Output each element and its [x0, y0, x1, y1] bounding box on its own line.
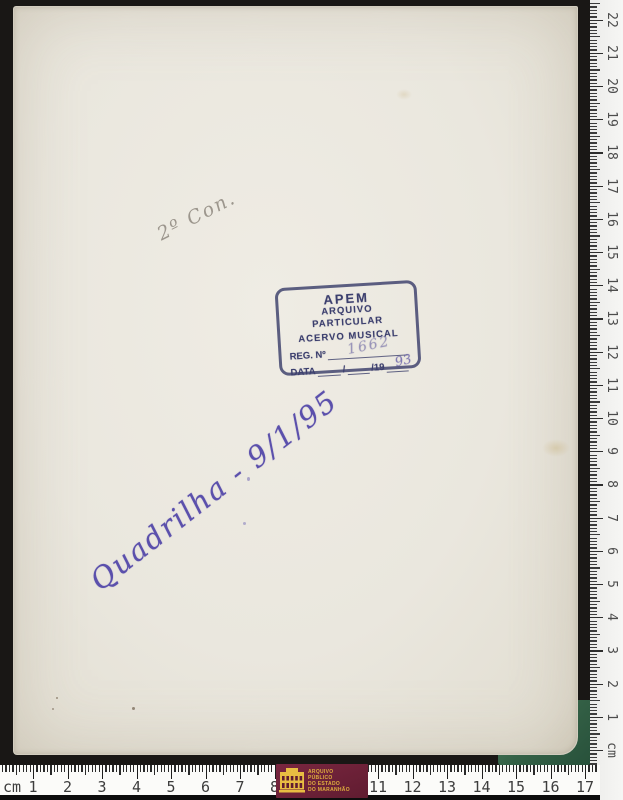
- ruler-tick: [590, 378, 597, 379]
- ruler-tick: [590, 206, 597, 207]
- archive-stamp: APEM ARQUIVO PARTICULAR ACERVO MUSICAL R…: [274, 280, 421, 377]
- ruler-tick: [590, 388, 597, 389]
- ruler-tick: [485, 765, 486, 772]
- ruler-tick: [590, 156, 597, 157]
- ruler-tick: [590, 441, 597, 442]
- ruler-tick: [223, 765, 224, 775]
- ruler-tick: [243, 765, 244, 772]
- ruler-tick: [590, 395, 597, 396]
- ruler-tick: [590, 73, 597, 74]
- ruler-tick: [123, 765, 124, 772]
- ruler-tick: [590, 196, 597, 197]
- ruler-tick: [544, 765, 545, 772]
- ruler-tick: [590, 614, 597, 615]
- ruler-tick: [192, 765, 193, 772]
- ruler-tick: [561, 765, 562, 772]
- ruler-tick: [590, 312, 597, 313]
- ruler-tick: [590, 99, 597, 100]
- ruler-tick: [388, 765, 389, 772]
- ruler-tick: [495, 765, 496, 772]
- ruler-tick: [590, 478, 597, 479]
- ruler-tick: [590, 743, 597, 744]
- ruler-tick: [590, 259, 597, 260]
- ruler-tick: [590, 524, 597, 525]
- ruler-tick: [99, 765, 100, 772]
- ruler-tick: [590, 212, 597, 213]
- ruler-tick: [590, 36, 600, 37]
- ruler-label: 13: [600, 307, 623, 329]
- ruler-tick: [590, 83, 597, 84]
- ruler-tick: [150, 765, 151, 772]
- ruler-tick: [475, 765, 476, 772]
- ruler-tick: [419, 765, 420, 772]
- ruler-tick: [147, 765, 148, 772]
- ruler-tick: [590, 199, 597, 200]
- ruler-tick: [590, 43, 597, 44]
- scanned-archive-photo: 2º Con. APEM ARQUIVO PARTICULAR ACERVO M…: [0, 0, 623, 800]
- ruler-tick: [590, 136, 600, 137]
- ruler-label: 4: [123, 778, 151, 796]
- ruler-tick: [68, 765, 69, 779]
- ruler-tick: [57, 765, 58, 772]
- ruler-tick: [590, 667, 600, 668]
- ruler-tick: [582, 765, 583, 772]
- ruler-tick: [590, 604, 597, 605]
- ruler-tick: [216, 765, 217, 772]
- ruler-label: 8: [600, 473, 623, 495]
- stain: [132, 707, 135, 710]
- ruler-tick: [590, 531, 597, 532]
- ruler-tick: [590, 179, 597, 180]
- ruler-tick: [447, 765, 448, 779]
- ruler-label: 10: [600, 407, 623, 429]
- ruler-tick: [161, 765, 162, 772]
- ruler-tick: [157, 765, 158, 772]
- ruler-tick: [590, 282, 597, 283]
- ruler-tick: [202, 765, 203, 772]
- ruler-tick: [71, 765, 72, 772]
- ruler-tick: [590, 431, 597, 432]
- ruler-tick: [590, 607, 597, 608]
- ruler-tick: [590, 358, 597, 359]
- ruler-tick: [590, 644, 597, 645]
- ruler-label: 7: [226, 778, 254, 796]
- ruler-tick: [590, 26, 597, 27]
- ruler-tick: [590, 541, 597, 542]
- ruler-tick: [33, 765, 34, 779]
- ruler-tick: [590, 621, 597, 622]
- ruler-label: 4: [600, 606, 623, 628]
- ruler-tick: [590, 428, 597, 429]
- stamp-date-handwritten-value: 93: [395, 354, 414, 369]
- ruler-tick: [590, 166, 597, 167]
- ruler-tick: [268, 765, 269, 772]
- ruler-tick: [590, 365, 597, 366]
- ruler-tick: [102, 765, 103, 779]
- ruler-label: 9: [600, 440, 623, 462]
- ruler-tick: [590, 448, 597, 449]
- ruler-label: 14: [468, 778, 496, 796]
- ruler-tick: [399, 765, 400, 772]
- ruler-tick: [590, 262, 597, 263]
- ruler-tick: [590, 733, 600, 734]
- ruler-tick: [590, 674, 597, 675]
- ruler-tick: [590, 445, 597, 446]
- ruler-tick: [590, 730, 597, 731]
- ruler-tick: [590, 571, 597, 572]
- ruler-tick: [513, 765, 514, 772]
- ruler-tick: [130, 765, 131, 772]
- ruler-tick: [492, 765, 493, 772]
- ruler-tick: [590, 322, 597, 323]
- ruler-tick: [590, 574, 597, 575]
- ruler-tick: [590, 159, 597, 160]
- ruler-tick: [206, 765, 207, 779]
- ruler-tick: [395, 765, 396, 775]
- ruler-tick: [540, 765, 541, 772]
- ruler-tick: [590, 647, 597, 648]
- ruler-tick: [392, 765, 393, 772]
- ruler-tick: [590, 597, 597, 598]
- ruler-tick: [590, 611, 597, 612]
- ruler-label: 2: [54, 778, 82, 796]
- ruler-label: 5: [600, 573, 623, 595]
- ruler-tick: [413, 765, 414, 779]
- archive-logo: ARQUIVO PÚBLICO DO ESTADO DO MARANHÃO: [276, 764, 368, 798]
- ruler-tick: [409, 765, 410, 772]
- ruler-tick: [590, 6, 597, 7]
- ruler-tick: [590, 123, 597, 124]
- ruler-label: 13: [433, 778, 461, 796]
- ruler-tick: [590, 425, 597, 426]
- stamp-reg-label: REG. Nº: [289, 349, 326, 362]
- ruler-tick: [590, 255, 597, 256]
- ruler-label: 12: [600, 341, 623, 363]
- ruler-tick: [590, 720, 597, 721]
- ruler-tick: [112, 765, 113, 772]
- ruler-label: 3: [600, 639, 623, 661]
- ruler-tick: [478, 765, 479, 772]
- ruler-label: 6: [192, 778, 220, 796]
- ruler-tick: [590, 740, 597, 741]
- archive-logo-text: ARQUIVO PÚBLICO DO ESTADO DO MARANHÃO: [308, 769, 350, 793]
- ruler-tick: [254, 765, 255, 772]
- ruler-tick: [590, 468, 600, 469]
- ruler-tick: [590, 624, 597, 625]
- ruler-tick: [590, 375, 597, 376]
- ruler-tick: [590, 640, 597, 641]
- ruler-tick: [590, 76, 597, 77]
- ruler-tick: [590, 690, 597, 691]
- ruler-tick: [85, 765, 86, 775]
- ruler-tick: [571, 765, 572, 772]
- stamp-date-year-prefix: /19: [371, 362, 385, 374]
- ruler-tick: [199, 765, 200, 772]
- ruler-tick: [43, 765, 44, 772]
- ruler-tick: [140, 765, 141, 772]
- ruler-tick: [590, 700, 600, 701]
- ruler-label: cm: [600, 739, 623, 761]
- ruler-tick: [590, 113, 597, 114]
- ruler-tick: [590, 279, 597, 280]
- ruler-tick: [590, 411, 597, 412]
- ruler-label: 12: [399, 778, 427, 796]
- ruler-tick: [590, 561, 597, 562]
- ruler-tick: [590, 528, 597, 529]
- ruler-tick: [137, 765, 138, 779]
- ruler-tick: [590, 381, 597, 382]
- ruler-tick: [590, 96, 597, 97]
- ruler-label: 17: [571, 778, 599, 796]
- ruler-label: 11: [600, 374, 623, 396]
- ruler-tick: [590, 222, 597, 223]
- ruler-tick: [40, 765, 41, 772]
- ruler-tick: [590, 514, 597, 515]
- ruler-tick: [426, 765, 427, 772]
- ruler-tick: [457, 765, 458, 772]
- ruler-tick: [590, 172, 597, 173]
- document-page: 2º Con. APEM ARQUIVO PARTICULAR ACERVO M…: [13, 6, 578, 755]
- ruler-tick: [590, 232, 597, 233]
- ruler-tick: [590, 308, 597, 309]
- ruler-tick: [590, 630, 597, 631]
- ruler-tick: [590, 694, 597, 695]
- ruler-tick: [590, 627, 597, 628]
- ruler-tick: [64, 765, 65, 772]
- ruler-tick: [36, 765, 37, 772]
- ruler-tick: [590, 272, 597, 273]
- ruler-tick: [590, 16, 597, 17]
- ruler-tick: [595, 765, 596, 772]
- ruler-tick: [61, 765, 62, 772]
- ruler-tick: [592, 765, 593, 772]
- ruler-tick: [590, 707, 597, 708]
- ruler-tick: [590, 305, 597, 306]
- ruler-tick: [590, 438, 597, 439]
- ruler-tick: [590, 471, 597, 472]
- pencil-annotation: 2º Con.: [154, 187, 240, 245]
- ruler-tick: [468, 765, 469, 772]
- ruler-tick: [590, 139, 597, 140]
- ruler-tick: [450, 765, 451, 772]
- ruler-tick: [590, 760, 597, 761]
- ruler-tick: [590, 481, 597, 482]
- ruler-label: 15: [600, 241, 623, 263]
- ruler-tick: [143, 765, 144, 772]
- ruler-tick: [590, 348, 597, 349]
- ruler-tick: [50, 765, 51, 775]
- ruler-label: 15: [502, 778, 530, 796]
- ruler-tick: [181, 765, 182, 772]
- ruler-tick: [537, 765, 538, 772]
- ruler-tick: [430, 765, 431, 775]
- ruler-tick: [590, 209, 597, 210]
- ruler-tick: [590, 723, 597, 724]
- ruler-tick: [551, 765, 552, 779]
- ruler-label: 3: [88, 778, 116, 796]
- ruler-tick: [590, 176, 597, 177]
- ruler-tick: [530, 765, 531, 772]
- ruler-tick: [590, 106, 597, 107]
- ruler-tick: [590, 46, 597, 47]
- ruler-tick: [230, 765, 231, 772]
- ruler-tick: [590, 710, 597, 711]
- ruler-tick: [416, 765, 417, 772]
- stamp-date-blank-day: [317, 367, 341, 377]
- ruler-tick: [588, 765, 589, 772]
- ruler-tick: [557, 765, 558, 772]
- ruler-tick: [240, 765, 241, 779]
- ruler-tick: [590, 302, 600, 303]
- ruler-tick: [12, 765, 13, 772]
- ruler-tick: [590, 49, 597, 50]
- ruler-tick: [247, 765, 248, 772]
- ruler-tick: [590, 601, 600, 602]
- ruler-tick: [575, 765, 576, 772]
- ruler-tick: [590, 89, 597, 90]
- ruler-tick: [590, 132, 597, 133]
- ruler-tick: [554, 765, 555, 772]
- ruler-tick: [257, 765, 258, 775]
- ruler-tick: [454, 765, 455, 772]
- ruler-tick: [590, 680, 597, 681]
- ruler-tick: [437, 765, 438, 772]
- ruler-tick: [26, 765, 27, 772]
- ruler-tick: [174, 765, 175, 772]
- ruler-tick: [590, 202, 600, 203]
- ruler-label: 16: [600, 208, 623, 230]
- ruler-tick: [30, 765, 31, 772]
- ruler-tick: [590, 30, 597, 31]
- ruler-tick: [590, 564, 597, 565]
- ruler-tick: [590, 328, 597, 329]
- ruler-tick: [509, 765, 510, 772]
- ruler-tick: [590, 239, 597, 240]
- ruler-tick: [590, 677, 597, 678]
- ruler-tick: [212, 765, 213, 772]
- ruler-tick: [105, 765, 106, 772]
- ruler-tick: [78, 765, 79, 772]
- ruler-tick: [378, 765, 379, 779]
- ruler-tick: [590, 660, 597, 661]
- ruler-tick: [590, 275, 597, 276]
- ruler-tick: [423, 765, 424, 772]
- ruler-tick: [590, 93, 597, 94]
- ruler-tick: [590, 298, 597, 299]
- ruler-tick: [590, 753, 597, 754]
- ruler-tick: [590, 169, 600, 170]
- ruler-tick: [168, 765, 169, 772]
- ruler-tick: [590, 229, 597, 230]
- ruler-tick: [154, 765, 155, 775]
- ruler-tick: [264, 765, 265, 772]
- ruler-tick: [590, 129, 597, 130]
- ruler-tick: [261, 765, 262, 772]
- ruler-tick: [590, 538, 597, 539]
- ruler-tick: [590, 498, 597, 499]
- ruler-tick: [2, 765, 3, 772]
- stamp-date-blank-month: [347, 365, 370, 375]
- stain: [56, 697, 58, 699]
- ruler-tick: [590, 567, 600, 568]
- ruler-tick: [92, 765, 93, 772]
- ruler-tick: [578, 765, 579, 772]
- ruler-tick: [590, 488, 597, 489]
- ruler-label: 21: [600, 42, 623, 64]
- ruler-tick: [590, 249, 597, 250]
- ruler-tick: [81, 765, 82, 772]
- ruler-tick: [233, 765, 234, 772]
- ruler-tick: [590, 415, 597, 416]
- ruler-tick: [590, 215, 597, 216]
- ruler-tick: [590, 637, 597, 638]
- ruler-tick: [590, 747, 597, 748]
- ruler-tick: [590, 713, 597, 714]
- ruler-tick: [590, 494, 597, 495]
- ruler-tick: [590, 391, 597, 392]
- ruler-tick: [590, 508, 597, 509]
- ruler-tick: [590, 587, 597, 588]
- ruler-tick: [590, 355, 597, 356]
- ruler-tick: [590, 435, 600, 436]
- stamp-reg-line: REG. Nº 1662: [289, 344, 409, 362]
- ruler-tick: [590, 554, 597, 555]
- ruler-tick: [590, 401, 600, 402]
- ruler-tick: [590, 372, 597, 373]
- stamp-date-slash: /: [342, 364, 345, 375]
- stain: [396, 89, 412, 100]
- ruler-tick: [590, 225, 597, 226]
- ruler-label: 19: [600, 108, 623, 130]
- stamp-date-label: DATA: [290, 366, 316, 379]
- ruler-tick: [590, 491, 597, 492]
- ruler-tick: [488, 765, 489, 772]
- ruler-tick: [590, 342, 597, 343]
- ruler-tick: [471, 765, 472, 772]
- ruler-label: 17: [600, 175, 623, 197]
- ruler-tick: [590, 162, 597, 163]
- ruler-tick: [590, 325, 597, 326]
- ruler-tick: [590, 697, 597, 698]
- ruler-tick: [590, 66, 597, 67]
- ruler-tick: [590, 142, 597, 143]
- ruler-tick: [590, 56, 597, 57]
- ruler-tick: [590, 242, 597, 243]
- ruler-tick: [54, 765, 55, 772]
- ink-speck: [243, 522, 246, 525]
- ruler-tick: [590, 59, 597, 60]
- handwritten-title: Quadrilha - 9/1/95: [84, 383, 345, 597]
- stain: [52, 708, 54, 710]
- right-ruler: cm12345678910111213141516171819202122: [590, 0, 623, 800]
- ruler-tick: [385, 765, 386, 772]
- ruler-label: 20: [600, 75, 623, 97]
- ruler-tick: [271, 765, 272, 772]
- ruler-tick: [119, 765, 120, 775]
- ruler-tick: [590, 40, 597, 41]
- ruler-tick: [590, 182, 597, 183]
- ruler-tick: [516, 765, 517, 779]
- ruler-label: 18: [600, 141, 623, 163]
- ruler-tick: [590, 461, 597, 462]
- ruler-label: 6: [600, 540, 623, 562]
- ruler-tick: [433, 765, 434, 772]
- ruler-tick: [47, 765, 48, 772]
- ruler-tick: [590, 289, 597, 290]
- ruler-tick: [250, 765, 251, 772]
- ruler-tick: [406, 765, 407, 772]
- ruler-tick: [590, 189, 597, 190]
